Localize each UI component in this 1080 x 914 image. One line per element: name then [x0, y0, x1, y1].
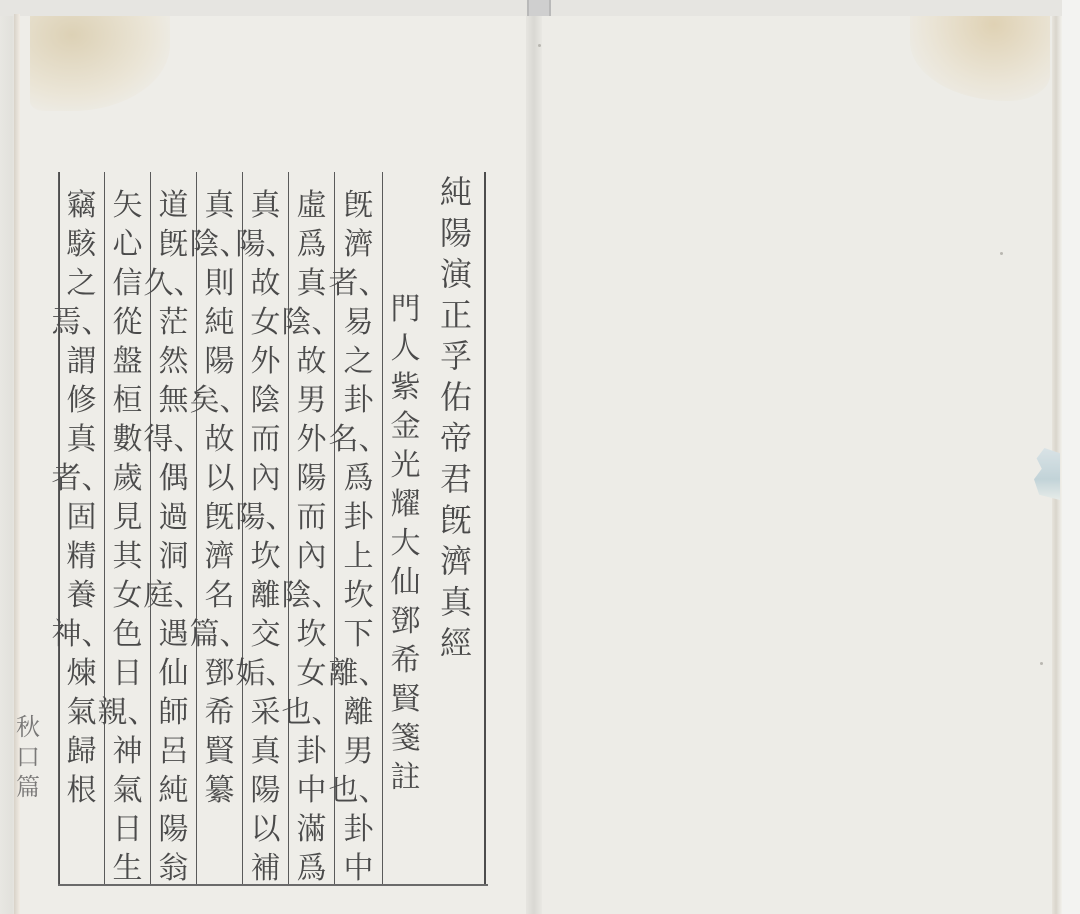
- text-character: 日: [113, 810, 143, 849]
- text-character: 無: [159, 381, 189, 420]
- text-character: 帝: [440, 418, 472, 459]
- text-character: 陰、: [190, 225, 250, 264]
- text-character: 爲: [297, 225, 327, 264]
- margin-character: 口: [16, 742, 40, 772]
- text-character: 采: [251, 693, 281, 732]
- margin-page-mark: 秋口篇: [16, 712, 40, 802]
- text-character: 陽: [205, 342, 235, 381]
- paper-speck: [1040, 662, 1043, 665]
- text-character: 從: [113, 303, 143, 342]
- text-character: 女: [297, 654, 327, 693]
- text-character: 坎: [251, 537, 281, 576]
- text-character: 註: [391, 758, 421, 797]
- text-character: 坎: [297, 615, 327, 654]
- text-character: 洞: [159, 537, 189, 576]
- text-character: 焉、: [52, 303, 112, 342]
- text-character: 男: [344, 732, 374, 771]
- text-character: 歸: [67, 732, 97, 771]
- text-character: 而: [297, 498, 327, 537]
- text-character: 翁: [159, 849, 189, 888]
- text-character: 桓: [113, 381, 143, 420]
- text-character: 故: [297, 342, 327, 381]
- book-gutter: [526, 0, 542, 914]
- text-character: 卦: [297, 732, 327, 771]
- text-character: 而: [251, 420, 281, 459]
- text-character: 卦: [344, 810, 374, 849]
- text-character: 然: [159, 342, 189, 381]
- text-character: 茫: [159, 303, 189, 342]
- text-character: 真: [251, 732, 281, 771]
- text-character: 虛: [297, 186, 327, 225]
- text-character: 純: [440, 172, 472, 213]
- text-character: 矣、: [190, 381, 250, 420]
- binding-clip: [527, 0, 551, 16]
- frame-right-border: [484, 172, 486, 884]
- text-character: 信: [113, 264, 143, 303]
- text-character: 修: [67, 381, 97, 420]
- text-character: 箋: [391, 719, 421, 758]
- text-character: 卦: [344, 381, 374, 420]
- text-character: 離、: [329, 654, 389, 693]
- text-character: 女: [251, 303, 281, 342]
- text-character: 正: [440, 295, 472, 336]
- text-character: 濟: [440, 541, 472, 582]
- text-character: 色: [113, 615, 143, 654]
- text-character: 久、: [144, 264, 204, 303]
- text-character: 神: [113, 732, 143, 771]
- title-column: 純陽演正孚佑帝君旣濟真經: [428, 172, 484, 884]
- text-character: 歲: [113, 459, 143, 498]
- text-character: 補: [251, 849, 281, 888]
- text-character: 濟: [344, 225, 374, 264]
- text-character: 演: [440, 254, 472, 295]
- text-character: 上: [344, 537, 374, 576]
- text-character: 真: [297, 264, 327, 303]
- text-character: 過: [159, 498, 189, 537]
- text-character: 日: [113, 654, 143, 693]
- text-character: 金: [391, 407, 421, 446]
- body-column-5: 道旣久、茫然無得、偶過洞庭、遇仙師呂純陽翁: [150, 172, 196, 884]
- attribution-column: 門人紫金光耀大仙鄧希賢箋註: [382, 172, 428, 884]
- text-character: 見: [113, 498, 143, 537]
- book-spread: 純陽演正孚佑帝君旣濟真經 門人紫金光耀大仙鄧希賢箋註 旣濟者、易之卦名、爲卦上坎…: [0, 0, 1080, 914]
- text-character: 真: [67, 420, 97, 459]
- text-character: 女: [113, 576, 143, 615]
- text-character: 旣: [159, 225, 189, 264]
- text-character: 希: [205, 693, 235, 732]
- text-character: 數: [113, 420, 143, 459]
- text-character: 鄧: [391, 602, 421, 641]
- text-character: 之: [344, 342, 374, 381]
- text-character: 外: [251, 342, 281, 381]
- text-character: 以: [205, 459, 235, 498]
- text-character: 遇: [159, 615, 189, 654]
- text-character: 根: [67, 771, 97, 810]
- text-character: 旣: [205, 498, 235, 537]
- scan-background-right: [1062, 0, 1080, 914]
- text-character: 神、: [52, 615, 112, 654]
- text-character: 故: [251, 264, 281, 303]
- text-character: 陽: [297, 459, 327, 498]
- text-character: 陽: [251, 771, 281, 810]
- text-character: 滿: [297, 810, 327, 849]
- text-character: 內: [251, 459, 281, 498]
- body-column-3: 真陽、故女外陰而內陽、坎離交姤、采真陽以補: [242, 172, 288, 884]
- margin-character: 篇: [16, 772, 40, 802]
- text-character: 純: [205, 303, 235, 342]
- text-character: 其: [113, 537, 143, 576]
- text-character: 君: [440, 459, 472, 500]
- text-character: 經: [440, 623, 472, 664]
- text-character: 孚: [440, 336, 472, 377]
- body-column-6: 矢心信從盤桓數歲見其女色日親、神氣日生: [104, 172, 150, 884]
- text-character: 佑: [440, 377, 472, 418]
- text-character: 陰、: [282, 576, 342, 615]
- text-character: 真: [251, 186, 281, 225]
- text-character: 陽: [159, 810, 189, 849]
- paper-speck: [538, 44, 541, 47]
- paper-speck: [1000, 252, 1003, 255]
- text-character: 得、: [144, 420, 204, 459]
- text-character: 濟: [205, 537, 235, 576]
- text-character: 名: [205, 576, 235, 615]
- text-character: 真: [205, 186, 235, 225]
- text-character: 庭、: [144, 576, 204, 615]
- text-character: 竊: [67, 186, 97, 225]
- text-character: 精: [67, 537, 97, 576]
- text-character: 矢: [113, 186, 143, 225]
- margin-character: 秋: [16, 712, 40, 742]
- text-character: 煉: [67, 654, 97, 693]
- text-character: 氣: [113, 771, 143, 810]
- text-character: 固: [67, 498, 97, 537]
- text-character: 鄧: [205, 654, 235, 693]
- text-character: 心: [113, 225, 143, 264]
- text-character: 人: [391, 329, 421, 368]
- text-character: 篇、: [190, 615, 250, 654]
- text-character: 偶: [159, 459, 189, 498]
- text-character: 旣: [344, 186, 374, 225]
- text-character: 交: [251, 615, 281, 654]
- text-character: 仙: [159, 654, 189, 693]
- text-character: 中: [344, 849, 374, 888]
- text-character: 陽: [440, 213, 472, 254]
- text-character: 內: [297, 537, 327, 576]
- text-character: 陰: [251, 381, 281, 420]
- text-frame: 純陽演正孚佑帝君旣濟真經 門人紫金光耀大仙鄧希賢箋註 旣濟者、易之卦名、爲卦上坎…: [58, 172, 488, 884]
- text-character: 賢: [205, 732, 235, 771]
- text-character: 陽、: [236, 498, 296, 537]
- text-character: 仙: [391, 563, 421, 602]
- text-character: 賢: [391, 680, 421, 719]
- text-character: 紫: [391, 368, 421, 407]
- text-character: 道: [159, 186, 189, 225]
- text-character: 駭: [67, 225, 97, 264]
- text-character: 姤、: [236, 654, 296, 693]
- right-page: [536, 16, 1056, 914]
- text-character: 卦: [344, 498, 374, 537]
- text-character: 名、: [329, 420, 389, 459]
- text-character: 純: [159, 771, 189, 810]
- text-character: 則: [205, 264, 235, 303]
- body-column-7: 竊駭之焉、謂修真者、固精養神、煉氣歸根: [58, 172, 104, 884]
- text-character: 纂: [205, 771, 235, 810]
- text-character: 離: [251, 576, 281, 615]
- text-character: 生: [113, 849, 143, 888]
- text-character: 大: [391, 524, 421, 563]
- text-character: 外: [297, 420, 327, 459]
- text-character: 旣: [440, 500, 472, 541]
- body-column-1: 旣濟者、易之卦名、爲卦上坎下離、離男也、卦中: [334, 172, 382, 884]
- text-character: 故: [205, 420, 235, 459]
- text-character: 養: [67, 576, 97, 615]
- text-character: 陰、: [282, 303, 342, 342]
- text-character: 者、: [329, 264, 389, 303]
- text-character: 呂: [159, 732, 189, 771]
- text-character: 坎: [344, 576, 374, 615]
- text-character: 之: [67, 264, 97, 303]
- text-character: 爲: [297, 849, 327, 888]
- text-character: 也、: [282, 693, 342, 732]
- text-character: 耀: [391, 485, 421, 524]
- text-character: 謂: [67, 342, 97, 381]
- text-character: 者、: [52, 459, 112, 498]
- text-character: 下: [344, 615, 374, 654]
- text-character: 盤: [113, 342, 143, 381]
- text-character: 也、: [329, 771, 389, 810]
- text-character: 真: [440, 582, 472, 623]
- text-character: 爲: [344, 459, 374, 498]
- text-character: 希: [391, 641, 421, 680]
- text-character: 親、: [98, 693, 158, 732]
- text-character: 男: [297, 381, 327, 420]
- text-character: 離: [344, 693, 374, 732]
- text-character: 光: [391, 446, 421, 485]
- text-character: 以: [251, 810, 281, 849]
- text-character: 氣: [67, 693, 97, 732]
- text-character: 易: [344, 303, 374, 342]
- text-character: 中: [297, 771, 327, 810]
- text-character: 門: [391, 290, 421, 329]
- text-character: 師: [159, 693, 189, 732]
